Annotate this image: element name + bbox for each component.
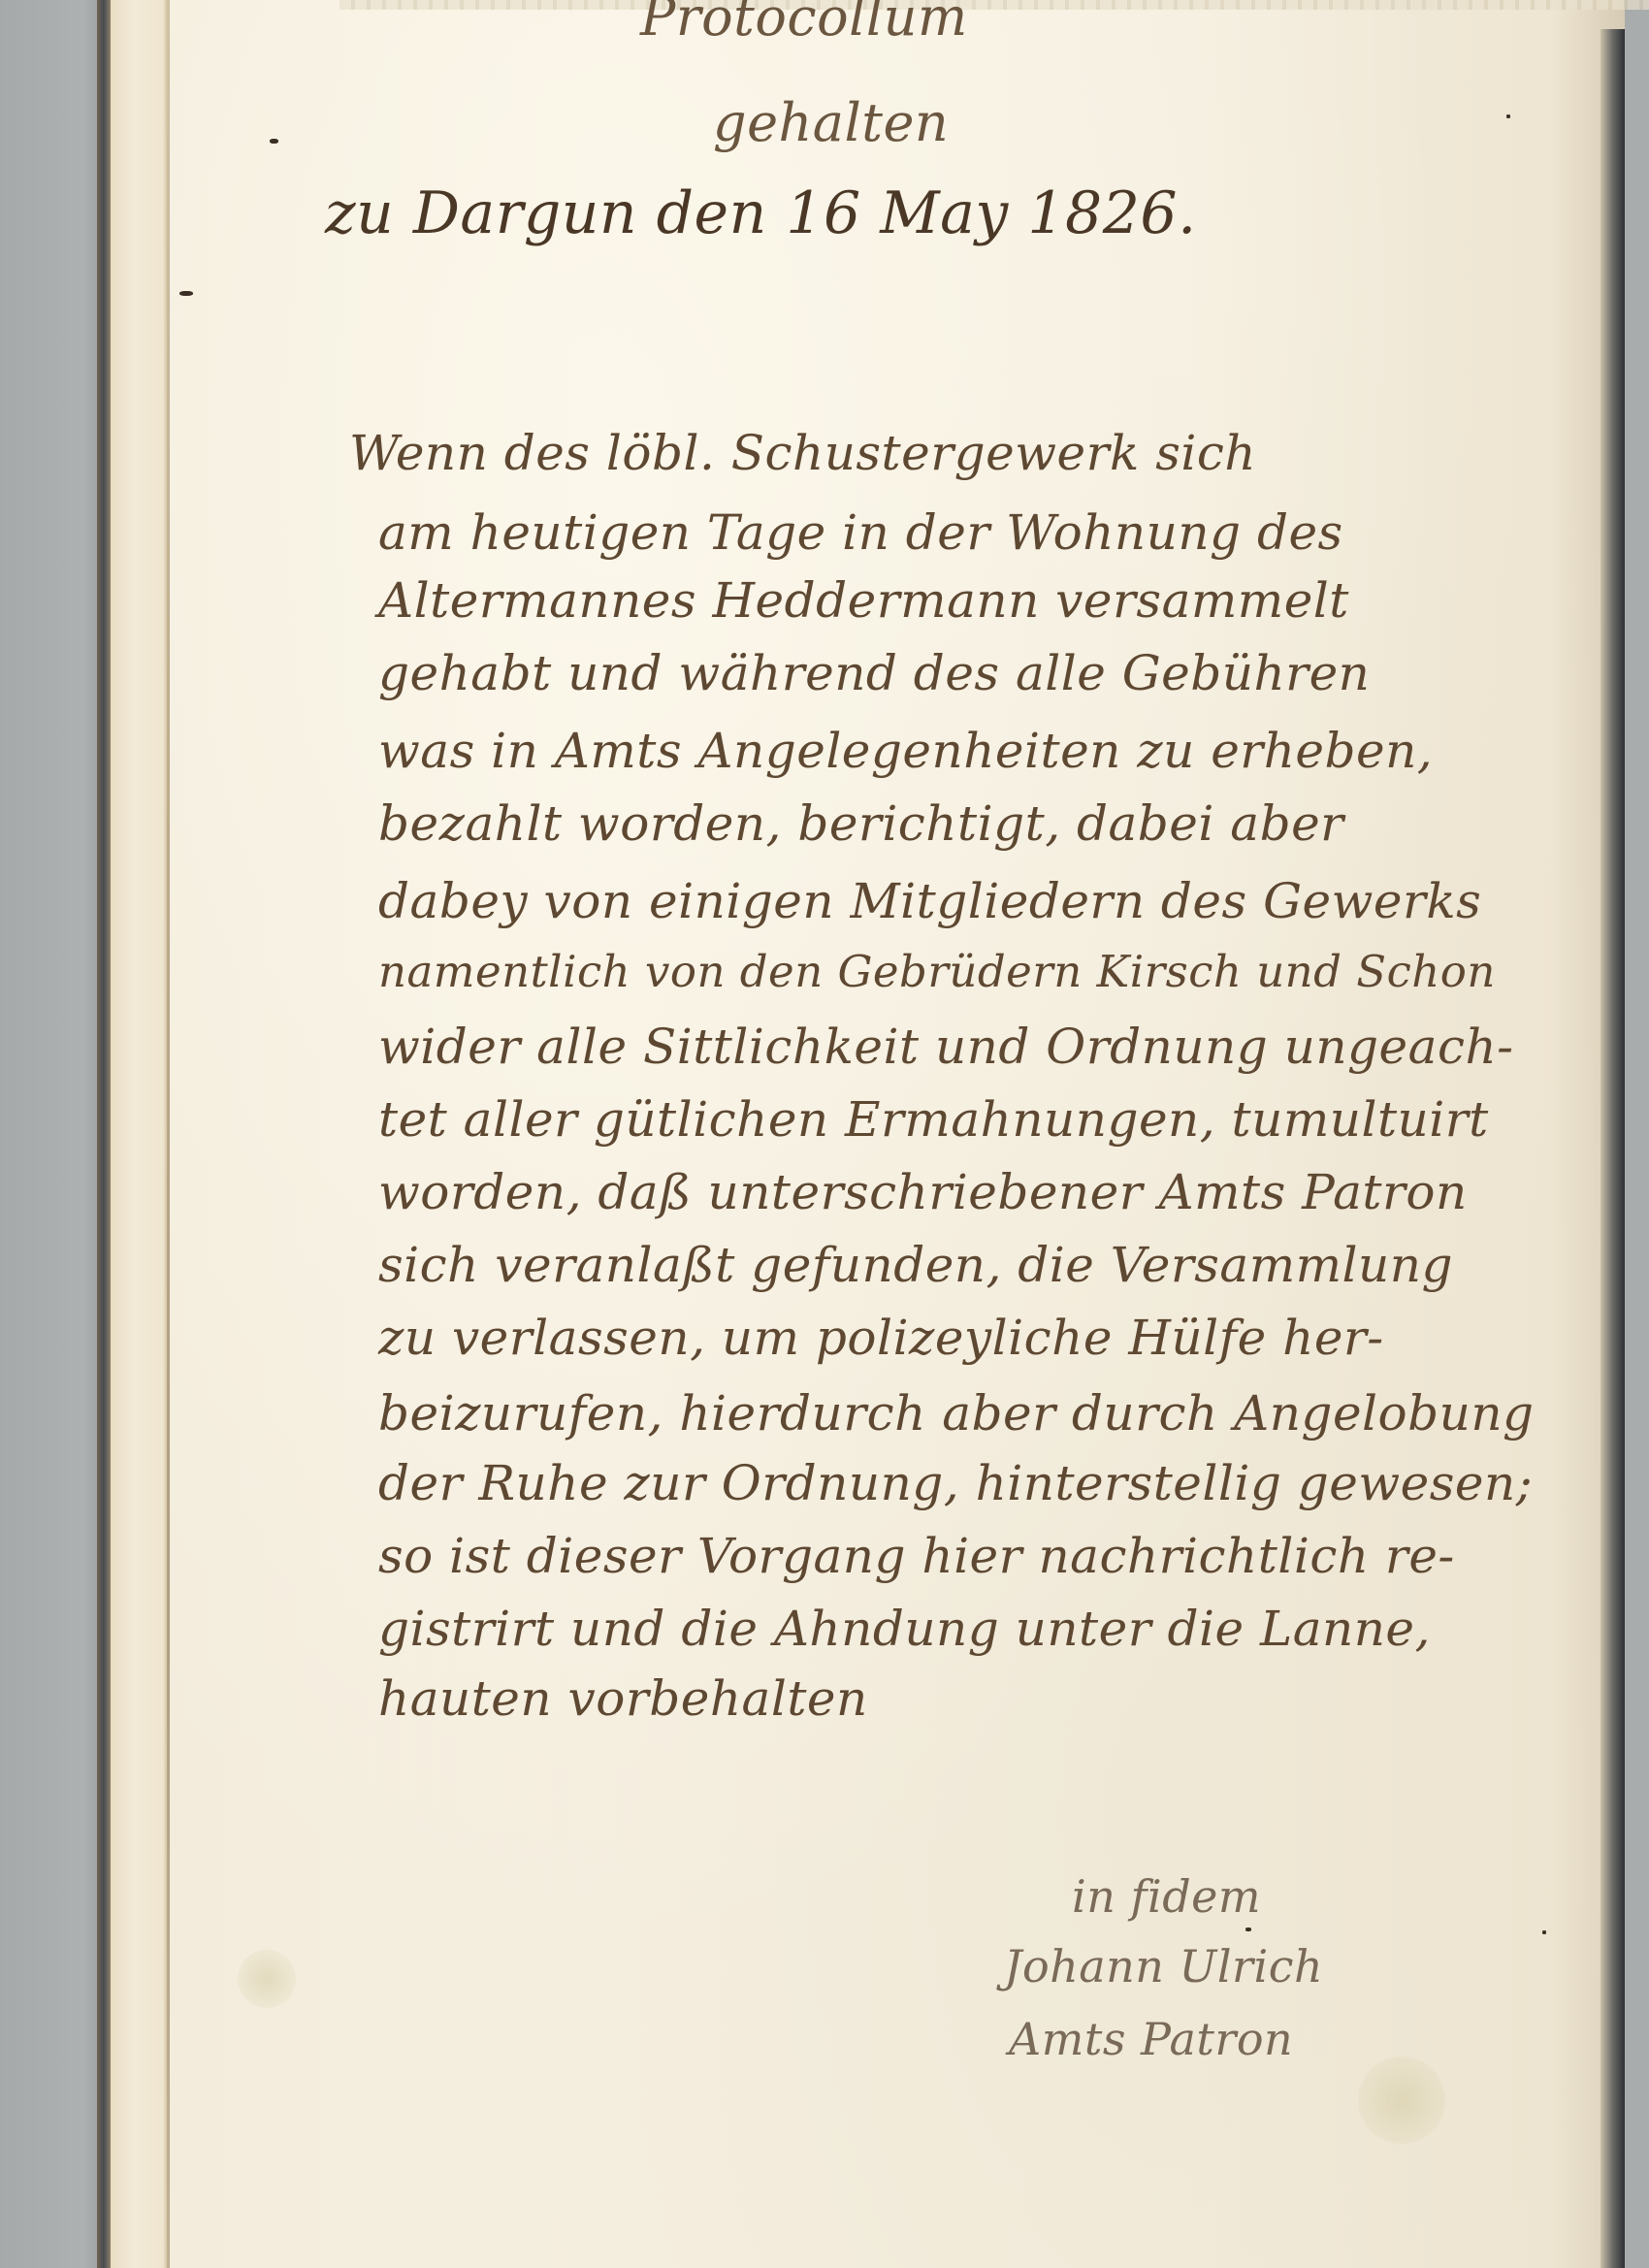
body-line: was in Amts Angelegenheiten zu erheben, xyxy=(378,723,1433,779)
document-subtitle: gehalten xyxy=(713,92,949,153)
ink-speck xyxy=(270,139,278,144)
body-line: namentlich von den Gebrüdern Kirsch und … xyxy=(378,946,1496,997)
body-line: Altermannes Heddermann versammelt xyxy=(378,572,1349,629)
paper-stain xyxy=(1358,2057,1445,2144)
body-line: beizurufen, hierdurch aber durch Angelob… xyxy=(378,1385,1535,1442)
signature-name: Johann Ulrich xyxy=(1004,1940,1323,1993)
ink-speck xyxy=(179,291,193,296)
page-right-shadow xyxy=(1600,29,1625,2268)
body-line: zu verlassen, um polizeyliche Hülfe her- xyxy=(378,1310,1384,1366)
body-line: am heutigen Tage in der Wohnung des xyxy=(378,504,1343,561)
ink-speck xyxy=(1506,114,1510,118)
ink-speck xyxy=(1245,1928,1251,1931)
signature-title: Amts Patron xyxy=(1009,2013,1293,2065)
body-line: gistrirt und die Ahndung unter die Lanne… xyxy=(378,1601,1431,1657)
page-top-edge xyxy=(339,0,1649,10)
scanner-background xyxy=(0,0,105,2268)
ink-speck xyxy=(1542,1930,1546,1934)
signature-in-fidem: in fidem xyxy=(1072,1870,1261,1923)
paper-stain xyxy=(238,1950,296,2008)
body-line: so ist dieser Vorgang hier nachrichtlich… xyxy=(378,1528,1455,1584)
body-line: gehabt und während des alle Gebühren xyxy=(378,645,1370,701)
body-line: bezahlt worden, berichtigt, dabei aber xyxy=(378,795,1344,852)
body-line: worden, daß unterschriebener Amts Patron xyxy=(378,1164,1468,1220)
body-line: hauten vorbehalten xyxy=(378,1670,868,1727)
place-and-date: zu Dargun den 16 May 1826. xyxy=(325,179,1197,247)
binding-edge xyxy=(97,0,111,2268)
body-line: der Ruhe zur Ordnung, hinterstellig gewe… xyxy=(378,1455,1533,1511)
body-line: Wenn des löbl. Schustergewerk sich xyxy=(349,425,1256,481)
body-line: dabey von einigen Mitgliedern des Gewerk… xyxy=(378,873,1481,929)
body-line: wider alle Sittlichkeit und Ordnung unge… xyxy=(378,1019,1514,1075)
body-line: sich veranlaßt gefunden, die Versammlung xyxy=(378,1237,1453,1293)
body-line: tet aller gütlichen Ermahnungen, tumultu… xyxy=(378,1091,1489,1148)
page-gutter xyxy=(111,0,169,2268)
document-title: Protocollum xyxy=(640,0,968,48)
fold-line xyxy=(167,0,170,2268)
